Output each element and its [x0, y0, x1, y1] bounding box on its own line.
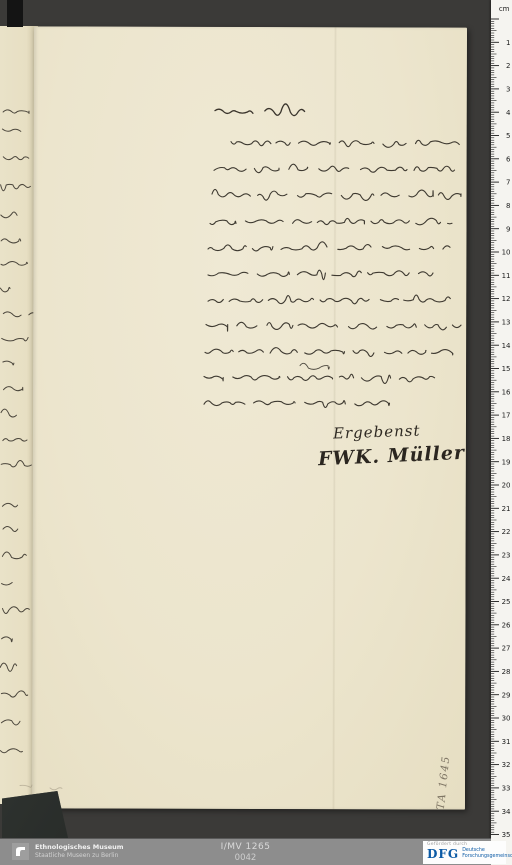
document-identifier: I/MV 1265 0042	[0, 842, 491, 863]
ruler-number: 22	[502, 528, 511, 536]
ruler-number: 27	[502, 645, 511, 653]
handwritten-line	[2, 552, 26, 559]
info-bar: Ethnologisches Museum Staatliche Museen …	[0, 838, 491, 865]
ruler-number: 34	[502, 808, 511, 816]
handwritten-line	[1, 212, 17, 218]
ruler-number: 8	[506, 202, 510, 210]
ruler-number: 14	[502, 342, 511, 350]
handwritten-line	[0, 663, 16, 671]
ruler-number: 18	[502, 435, 511, 443]
handwritten-line	[2, 129, 20, 131]
dfg-logo: Gefördert durch DFG Deutsche Forschungsg…	[423, 841, 506, 864]
handwritten-line	[2, 637, 13, 642]
ruler-number: 15	[502, 365, 511, 373]
ruler-number: 29	[502, 691, 511, 699]
ruler-number: 10	[502, 249, 511, 257]
ruler-number: 13	[502, 319, 511, 327]
handwritten-line	[0, 287, 10, 291]
handwritten-line	[3, 312, 35, 317]
handwritten-line	[3, 607, 30, 614]
ruler-scale: cm12345678910111213141516171819202122232…	[491, 0, 512, 865]
handwritten-line	[1, 184, 31, 190]
paper-crease	[332, 27, 337, 809]
ruler-number: 3	[506, 86, 510, 94]
letter-closing: Ergebenst	[333, 421, 421, 442]
ruler-number: 9	[506, 225, 510, 233]
ruler-number: 12	[502, 295, 511, 303]
ruler-number: 31	[502, 738, 511, 746]
ruler-number: 30	[502, 715, 511, 723]
ruler-number: 24	[502, 575, 511, 583]
handwritten-line	[2, 503, 17, 507]
handwritten-line	[3, 438, 27, 441]
ruler-number: 1	[506, 39, 510, 47]
ruler-number: 33	[502, 785, 511, 793]
binding-clip	[7, 0, 23, 27]
handwritten-line	[0, 749, 22, 753]
handwritten-line	[1, 239, 21, 243]
ruler-number: 6	[506, 155, 511, 163]
ruler-number: 7	[506, 179, 510, 187]
handwritten-line	[4, 387, 23, 391]
document-id: I/MV 1265	[0, 842, 491, 852]
handwritten-line	[3, 157, 29, 160]
ruler-number: 35	[502, 831, 511, 839]
ruler-number: 26	[502, 621, 511, 629]
ruler-number: 21	[502, 505, 511, 513]
ruler-number: 23	[502, 552, 511, 560]
letter-page	[32, 26, 467, 809]
handwritten-line	[3, 527, 18, 532]
ruler-unit-label: cm	[499, 5, 510, 13]
funder-name: Deutsche Forschungsgemeinschaft	[462, 848, 512, 859]
ruler-number: 17	[502, 412, 511, 420]
ruler-number: 25	[502, 598, 511, 606]
ruler-number: 32	[502, 761, 511, 769]
handwritten-line	[1, 720, 20, 725]
document-scan-stage: Ergebenst FWK. Müller TA 1645 cm12345678…	[0, 0, 512, 865]
ruler-number: 28	[502, 668, 511, 676]
sheet-number: 0042	[0, 853, 491, 863]
dfg-wordmark: DFG	[427, 848, 459, 860]
handwritten-line	[1, 409, 17, 417]
handwritten-line	[1, 461, 31, 467]
ruler: cm12345678910111213141516171819202122232…	[491, 0, 512, 865]
ruler-number: 5	[506, 132, 510, 140]
ruler-number: 19	[502, 458, 511, 466]
page-corner-weight	[2, 791, 68, 838]
ruler-number: 2	[506, 62, 510, 70]
ruler-number: 11	[502, 272, 511, 280]
handwritten-line	[3, 110, 29, 114]
handwritten-line	[1, 691, 27, 697]
handwritten-line	[2, 583, 13, 585]
ruler-number: 4	[506, 109, 511, 117]
handwritten-line	[3, 361, 14, 365]
ruler-number: 16	[502, 388, 511, 396]
handwritten-line	[2, 338, 28, 341]
ruler-number: 20	[502, 482, 511, 490]
handwritten-line	[1, 262, 27, 266]
